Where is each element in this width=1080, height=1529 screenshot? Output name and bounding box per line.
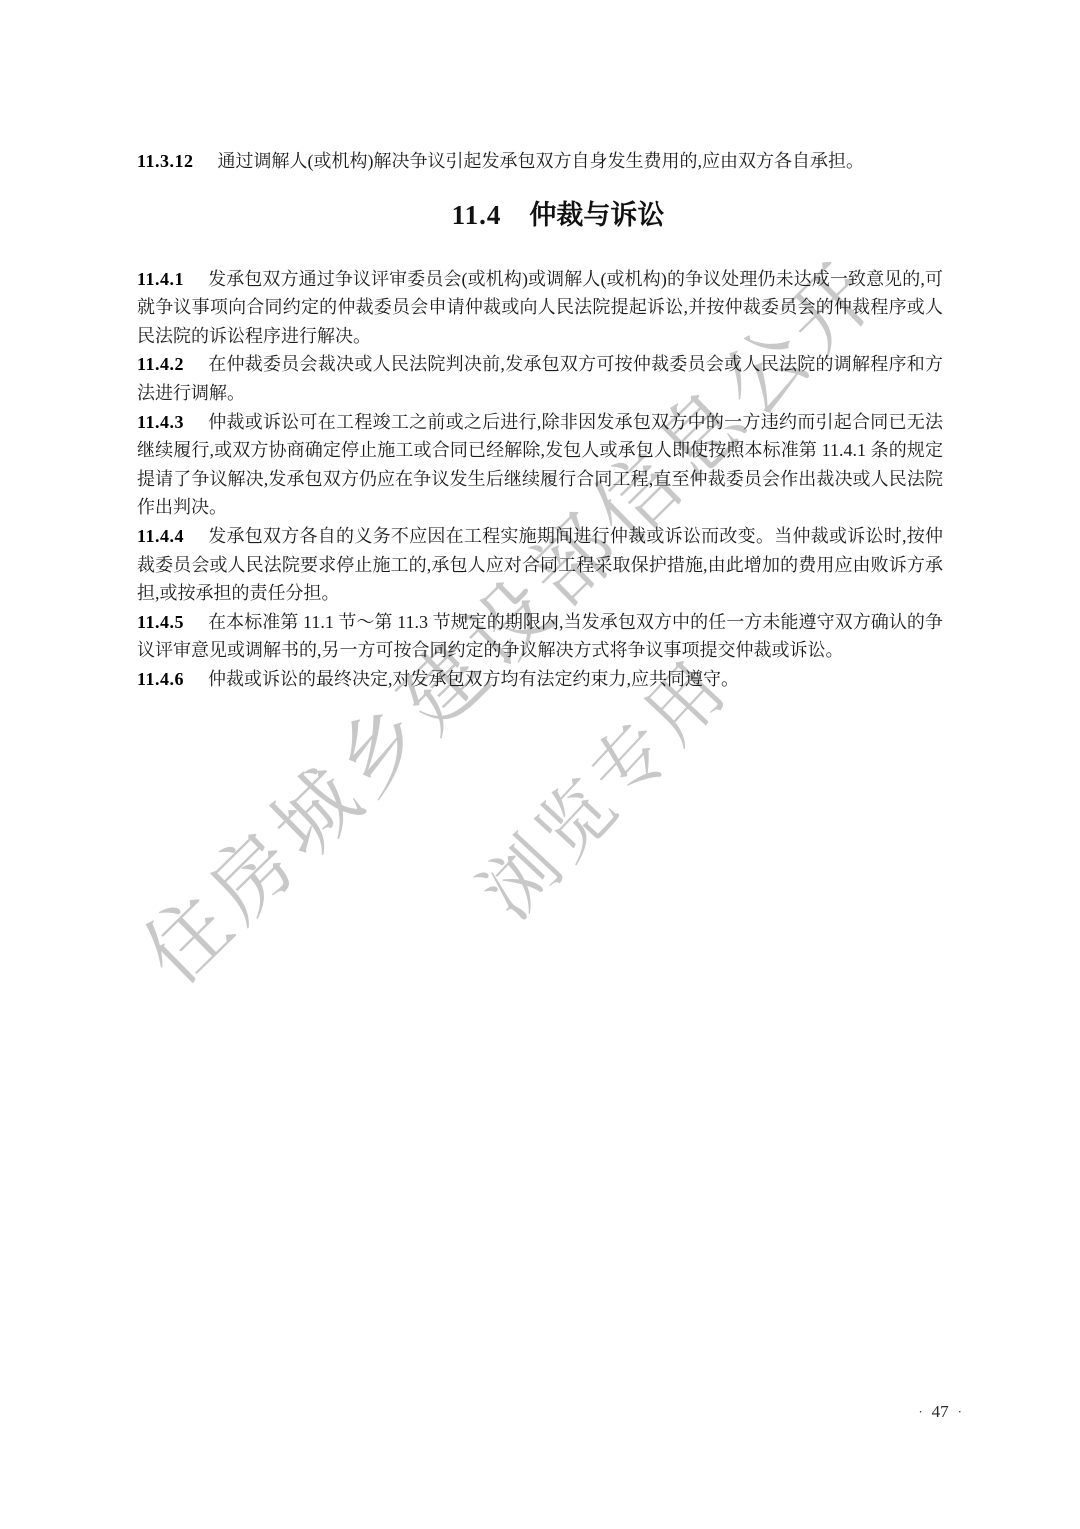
page-number: ·47· <box>918 1402 962 1422</box>
clause-text: 在仲裁委员会裁决或人民法院判决前,发承包双方可按仲裁委员会或人民法院的调解程序和… <box>137 354 943 403</box>
clause-text: 通过调解人(或机构)解决争议引起发承包双方自身发生费用的,应由双方各自承担。 <box>218 151 865 171</box>
clause-text: 仲裁或诉讼的最终决定,对发承包双方均有法定约束力,应共同遵守。 <box>208 669 739 689</box>
clause-number: 11.4.2 <box>137 354 184 374</box>
clause-number: 11.4.1 <box>137 269 184 289</box>
clause: 11.4.6仲裁或诉讼的最终决定,对发承包双方均有法定约束力,应共同遵守。 <box>137 665 943 694</box>
clause: 11.4.2在仲裁委员会裁决或人民法院判决前,发承包双方可按仲裁委员会或人民法院… <box>137 350 943 407</box>
clause-text: 在本标准第 11.1 节～第 11.3 节规定的期限内,当发承包双方中的任一方未… <box>137 612 943 661</box>
clause-text: 发承包双方各自的义务不应因在工程实施期间进行仲裁或诉讼而改变。当仲裁或诉讼时,按… <box>137 526 943 603</box>
section-number: 11.4 <box>452 200 502 230</box>
page-number-dot-left: · <box>918 1404 922 1419</box>
page-content: 11.3.12通过调解人(或机构)解决争议引起发承包双方自身发生费用的,应由双方… <box>0 0 1080 694</box>
clause-list: 11.4.1发承包双方通过争议评审委员会(或机构)或调解人(或机构)的争议处理仍… <box>137 265 943 694</box>
clause-number: 11.3.12 <box>137 151 194 171</box>
page-number-value: 47 <box>932 1402 949 1421</box>
page-number-dot-right: · <box>958 1404 962 1419</box>
clause-number: 11.4.4 <box>137 526 184 546</box>
clause: 11.4.5在本标准第 11.1 节～第 11.3 节规定的期限内,当发承包双方… <box>137 608 943 665</box>
clause: 11.4.3仲裁或诉讼可在工程竣工之前或之后进行,除非因发承包双方中的一方违约而… <box>137 408 943 522</box>
clause: 11.4.1发承包双方通过争议评审委员会(或机构)或调解人(或机构)的争议处理仍… <box>137 265 943 351</box>
document-page: 住房城乡建设部信息公开 浏览专用 11.3.12通过调解人(或机构)解决争议引起… <box>0 0 1080 1529</box>
section-title: 仲裁与诉讼 <box>529 200 664 230</box>
clause-intro: 11.3.12通过调解人(或机构)解决争议引起发承包双方自身发生费用的,应由双方… <box>137 147 943 176</box>
clause-number: 11.4.3 <box>137 412 184 432</box>
clause-number: 11.4.5 <box>137 612 184 632</box>
clause-number: 11.4.6 <box>137 669 184 689</box>
clause-text: 发承包双方通过争议评审委员会(或机构)或调解人(或机构)的争议处理仍未达成一致意… <box>137 269 943 346</box>
section-heading: 11.4仲裁与诉讼 <box>137 198 943 232</box>
clause: 11.4.4发承包双方各自的义务不应因在工程实施期间进行仲裁或诉讼而改变。当仲裁… <box>137 522 943 608</box>
clause-text: 仲裁或诉讼可在工程竣工之前或之后进行,除非因发承包双方中的一方违约而引起合同已无… <box>137 412 943 518</box>
